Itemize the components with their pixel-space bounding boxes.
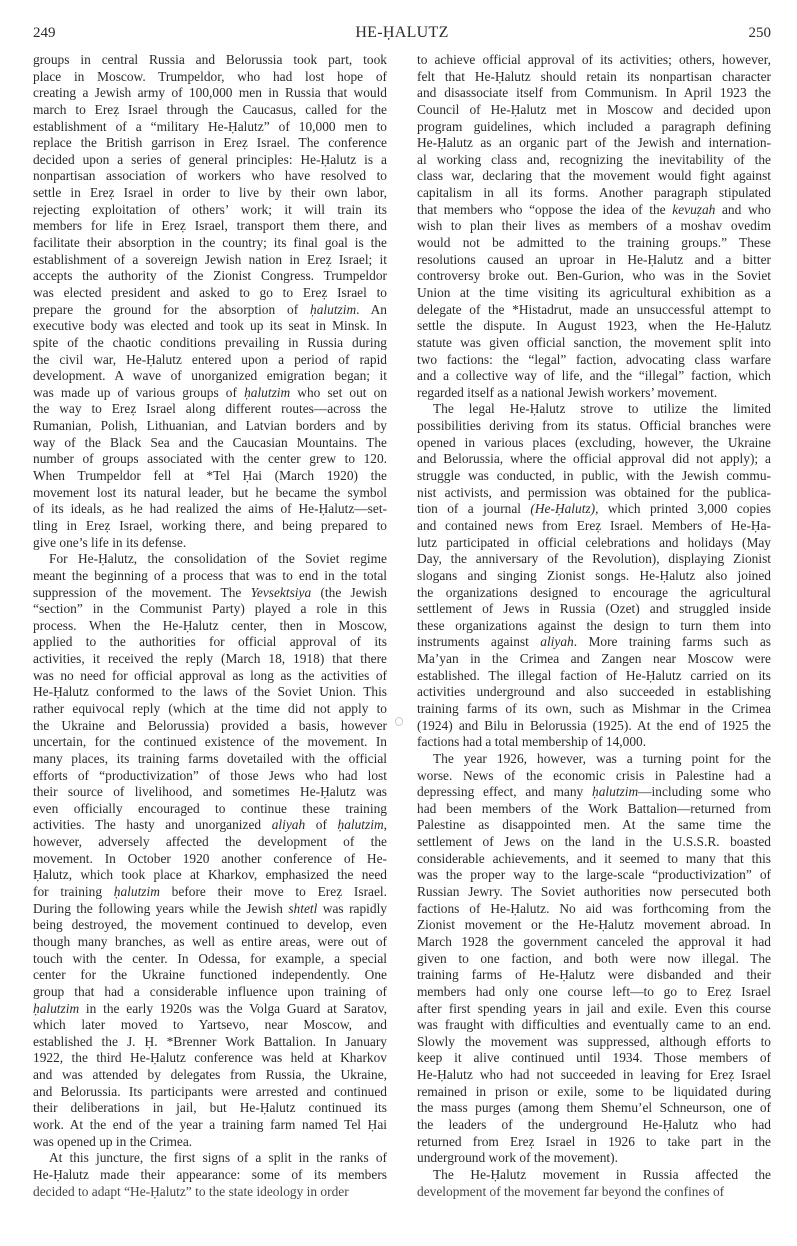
text-line: instruments against aliyah. More trainin…	[417, 634, 771, 651]
text-run: The He-Ḥalutz movement in Russia affecte…	[433, 1167, 771, 1182]
text-run: tling in Ereẓ Israel, working there, and…	[33, 518, 387, 533]
text-run: the organizations designed to encourage …	[417, 585, 771, 600]
text-run: “section” in the Communist Party) played…	[33, 601, 387, 616]
text-run: many places, its training farms dovetail…	[33, 751, 387, 766]
text-run: of	[305, 817, 337, 832]
text-line: number of groups associated with the cen…	[33, 451, 387, 468]
text-run: was rapidly	[317, 901, 387, 916]
text-line: felt that He-Ḥalutz should retain its no…	[417, 69, 771, 86]
text-line: Ma’yan in the Crimea and Zangen near Mos…	[417, 651, 771, 668]
text-run: During the following years while the Jew…	[33, 901, 288, 916]
text-line: way of the Black Sea and the Caucasian M…	[33, 435, 387, 452]
text-line: the way to Ereẓ Israel along different r…	[33, 401, 387, 418]
text-line: the mass purges (among them Shemu’el Sch…	[417, 1100, 771, 1117]
text-run: nist activists, and permission was obtai…	[417, 485, 771, 500]
text-line: training farms of He-Ḥalutz were disband…	[417, 967, 771, 984]
italic-term: Yevsektsiya	[251, 585, 312, 600]
text-run: process. When the He-Ḥalutz center, then…	[33, 618, 387, 633]
text-run: and contained news from Ereẓ Israel. Mem…	[417, 518, 771, 533]
text-line: and a collective way of life, and the “i…	[417, 368, 771, 385]
text-run: however, adversely affected the developm…	[33, 834, 387, 849]
text-line: movement. In October 1920 another confer…	[33, 851, 387, 868]
paragraph-first-line: The year 1926, however, was a turning po…	[417, 751, 771, 768]
text-run: class war, declaring that the movement w…	[417, 168, 771, 183]
text-line: Council of He-Ḥalutz met in Moscow and d…	[417, 102, 771, 119]
text-line: activities underground and also succeede…	[417, 684, 771, 701]
text-run: to achieve official approval of its acti…	[417, 52, 771, 67]
text-line: creating a Jewish army of 100,000 men in…	[33, 85, 387, 102]
text-line: rather equivocal reply (which at the tim…	[33, 701, 387, 718]
text-line: was fraught with difficulties and eventu…	[417, 1017, 771, 1034]
text-run: was the proper way to the large-scale “p…	[417, 867, 771, 882]
text-run: establishment of a “military He-Ḥalutz” …	[33, 119, 387, 134]
text-line: Zionist movement or the He-Ḥalutz moveme…	[417, 917, 771, 934]
text-line: He-Ḥalutz as an organic part of the Jewi…	[417, 135, 771, 152]
text-line: however, adversely affected the developm…	[33, 834, 387, 851]
text-line: establishment of a “military He-Ḥalutz” …	[33, 119, 387, 136]
text-run: applied to the authorities for official …	[33, 634, 387, 649]
text-run: even officially encouraged to continue t…	[33, 801, 387, 816]
text-line: activities. The hasty and unorganized al…	[33, 817, 387, 834]
text-run: the civil war, He-Ḥalutz entered upon a …	[33, 352, 387, 367]
text-run: group that had a considerable influence …	[33, 984, 387, 999]
text-line: to achieve official approval of its acti…	[417, 52, 771, 69]
text-line: process. When the He-Ḥalutz center, then…	[33, 618, 387, 635]
text-run: March 1928 the government canceled the a…	[417, 934, 771, 949]
text-line: considerable achievements, and it seemed…	[417, 851, 771, 868]
text-run: in the early 1920s was the Volga Guard a…	[79, 1001, 387, 1016]
text-run: that members who “oppose the idea of the	[417, 202, 672, 217]
text-line: uncertain, for the continued existence o…	[33, 734, 387, 751]
text-line: returned from Ereẓ Israel in 1926 to tak…	[417, 1134, 771, 1151]
text-run: Palestine as disappointed men. At the sa…	[417, 817, 771, 832]
text-run: settle the dispute. In August 1923, when…	[417, 318, 771, 333]
italic-term: shtetl	[288, 901, 317, 916]
text-line: resolutions caused an uproar in He-Ḥalut…	[417, 252, 771, 269]
text-line: tling in Ereẓ Israel, working there, and…	[33, 518, 387, 535]
text-line: worse. News of the economic crisis in Pa…	[417, 768, 771, 785]
text-line: executive body was elected and took up i…	[33, 318, 387, 335]
text-run: nonpartisan association of workers who h…	[33, 168, 387, 183]
text-line: Union at the time visiting its agricultu…	[417, 285, 771, 302]
italic-term: ḥalutzim	[114, 884, 160, 899]
text-line: members had only one course left—to go t…	[417, 984, 771, 1001]
text-line: possibilities deriving from its status. …	[417, 418, 771, 435]
text-run: program guidelines, which included a par…	[417, 119, 771, 134]
text-run: rejecting exploitation of others’ work; …	[33, 202, 387, 217]
text-run: and a collective way of life, and the “i…	[417, 368, 771, 383]
text-line: Ḥalutz, which took place at Kharkov, emp…	[33, 867, 387, 884]
text-run: statute was given official sanction, the…	[417, 335, 771, 350]
text-run: (the Jewish	[311, 585, 387, 600]
text-line: underground work of the movement).	[417, 1150, 771, 1167]
text-line: Palestine as disappointed men. At the sa…	[417, 817, 771, 834]
text-line: and contained news from Ereẓ Israel. Mem…	[417, 518, 771, 535]
text-line: lutz participated in official celebratio…	[417, 535, 771, 552]
text-run: and disassociate itself from Communism. …	[417, 85, 771, 100]
text-line: development of the movement far beyond t…	[417, 1184, 771, 1201]
text-run: the leaders of the underground He-Ḥalutz…	[417, 1117, 771, 1132]
text-run: prepare the ground for the absorption of	[33, 302, 310, 317]
text-line: the civil war, He-Ḥalutz entered upon a …	[33, 352, 387, 369]
text-line: members for life in Ereẓ Israel, transpo…	[33, 218, 387, 235]
text-line: though many branches, as well as entire …	[33, 934, 387, 951]
text-run: instruments against	[417, 634, 540, 649]
text-line: the Ukraine and Belorussia) provided a b…	[33, 718, 387, 735]
text-line: rejecting exploitation of others’ work; …	[33, 202, 387, 219]
text-line: group that had a considerable influence …	[33, 984, 387, 1001]
text-run: , which printed 3,000 copies	[595, 501, 771, 516]
text-run: suppression of the movement. The	[33, 585, 251, 600]
text-run: movement lost its natural leader, but he…	[33, 485, 387, 500]
text-run: accepts the authority of the Zionist Con…	[33, 268, 387, 283]
text-line: keep it alive continued until 1934. Thos…	[417, 1050, 771, 1067]
text-line: was the proper way to the large-scale “p…	[417, 867, 771, 884]
text-run: way of the Black Sea and the Caucasian M…	[33, 435, 387, 450]
text-line: When Trumpeldor fell at *Tel Ḥai (March …	[33, 468, 387, 485]
text-line: being destroyed, the movement continued …	[33, 917, 387, 934]
italic-term: kevuẓah	[672, 202, 715, 217]
text-run: movement. In October 1920 another confer…	[33, 851, 387, 866]
text-line: decided to adapt “He-Ḥalutz” to the stat…	[33, 1184, 387, 1201]
text-run: was opened up in the Crimea.	[33, 1134, 192, 1149]
text-line: march to Ereẓ Israel through the Caucasu…	[33, 102, 387, 119]
text-run: the mass purges (among them Shemu’el Sch…	[417, 1100, 771, 1115]
running-head: 249 HE-ḤALUTZ 250	[33, 22, 771, 44]
text-line: Rumanian, Polish, Lithuanian, and Latvia…	[33, 418, 387, 435]
text-line: and disassociate itself from Communism. …	[417, 85, 771, 102]
text-run: decided upon a series of general princip…	[33, 152, 387, 167]
text-line: and was attended by delegates from Russi…	[33, 1067, 387, 1084]
text-line: meant the beginning of a process that wa…	[33, 568, 387, 585]
text-run: rather equivocal reply (which at the tim…	[33, 701, 387, 716]
text-line: He-Ḥalutz made their appearance: some of…	[33, 1167, 387, 1184]
text-run: for training	[33, 884, 114, 899]
text-run: touch with the center. In Odessa, for ex…	[33, 951, 387, 966]
text-line: two factions: the “legal” faction, advoc…	[417, 352, 771, 369]
text-line: after first spending years in jail and e…	[417, 1001, 771, 1018]
text-run: factions of He-Ḥalutz. No aid was forthc…	[417, 901, 771, 916]
text-run: establishment of a sovereign Jewish nati…	[33, 252, 387, 267]
italic-term: (He-Ḥalutz)	[530, 501, 595, 516]
text-line: al working class and, recognizing the in…	[417, 152, 771, 169]
text-line: applied to the authorities for official …	[33, 634, 387, 651]
text-line: prepare the ground for the absorption of…	[33, 302, 387, 319]
text-run: efforts of “productivization” of those J…	[33, 768, 387, 783]
text-line: settle in Ereẓ Israel in order to live b…	[33, 185, 387, 202]
page-number-right: 250	[749, 22, 772, 44]
text-line: factions had a total membership of 14,00…	[417, 734, 771, 751]
text-run: of its ideals, as he had realized the ai…	[33, 501, 387, 516]
text-run: after first spending years in jail and e…	[417, 1001, 771, 1016]
text-run: was no need for official approval as lon…	[33, 668, 387, 683]
text-line: of its ideals, as he had realized the ai…	[33, 501, 387, 518]
text-line: ḥalutzim in the early 1920s was the Volg…	[33, 1001, 387, 1018]
text-run: considerable achievements, and it seemed…	[417, 851, 771, 866]
text-run: Zionist movement or the He-Ḥalutz moveme…	[417, 917, 771, 932]
text-run: ,	[384, 817, 387, 832]
text-line: efforts of “productivization” of those J…	[33, 768, 387, 785]
text-line: give one’s life in its defense.	[33, 535, 387, 552]
right-text-column: to achieve official approval of its acti…	[417, 52, 771, 1200]
text-run: capitalism in all its forms. Another par…	[417, 185, 771, 200]
text-run: factions had a total membership of 14,00…	[417, 734, 646, 749]
text-line: delegate of the *Histadrut, made an unsu…	[417, 302, 771, 319]
text-run: struggle was conducted, in public, with …	[417, 468, 771, 483]
text-line: suppression of the movement. The Yevsekt…	[33, 585, 387, 602]
text-run: He-Ḥalutz made their appearance: some of…	[33, 1167, 387, 1182]
text-line: establishment of a sovereign Jewish nati…	[33, 252, 387, 269]
text-line: He-Ḥalutz who had not succeeded in leavi…	[417, 1067, 771, 1084]
text-line: accepts the authority of the Zionist Con…	[33, 268, 387, 285]
text-run: remained in prison or exile, some to be …	[417, 1084, 771, 1099]
text-run: given to one faction, and both were now …	[417, 951, 771, 966]
text-line: that members who “oppose the idea of the…	[417, 202, 771, 219]
text-line: which later moved to Yartsevo, near Mosc…	[33, 1017, 387, 1034]
scan-artifact-mark	[395, 717, 403, 726]
text-run: training farms of its own, such as Mishm…	[417, 701, 771, 716]
text-line: class war, declaring that the movement w…	[417, 168, 771, 185]
text-run: The legal He-Ḥalutz strove to utilize th…	[433, 401, 771, 416]
text-run: . More training farms such as	[574, 634, 771, 649]
text-run: Union at the time visiting its agricultu…	[417, 285, 771, 300]
text-run: The year 1926, however, was a turning po…	[433, 751, 771, 766]
text-line: spite of the chaotic conditions prevaili…	[33, 335, 387, 352]
text-line: place in Moscow. Trumpeldor, who had los…	[33, 69, 387, 86]
text-line: factions of He-Ḥalutz. No aid was forthc…	[417, 901, 771, 918]
text-run: activities. The hasty and unorganized	[33, 817, 272, 832]
paragraph-first-line: For He-Ḥalutz, the consolidation of the …	[33, 551, 387, 568]
text-line: wish to plan their lives as members of a…	[417, 218, 771, 235]
text-line: facilitate their absorption in the count…	[33, 235, 387, 252]
text-line: these organizations against the design t…	[417, 618, 771, 635]
italic-term: ḥalutzim	[310, 302, 356, 317]
text-run: settlement of Jews on the land in the U.…	[417, 834, 771, 849]
text-run: place in Moscow. Trumpeldor, who had los…	[33, 69, 387, 84]
text-run: march to Ereẓ Israel through the Caucasu…	[33, 102, 387, 117]
text-run: returned from Ereẓ Israel in 1926 to tak…	[417, 1134, 771, 1149]
text-line: Russian Jewry. The Soviet authorities no…	[417, 884, 771, 901]
text-line: opened in various places (excluding, how…	[417, 435, 771, 452]
text-line: many places, its training farms dovetail…	[33, 751, 387, 768]
text-line: and Belorussia. Its participants were ar…	[33, 1084, 387, 1101]
text-run: number of groups associated with the cen…	[33, 451, 387, 466]
text-run: facilitate their absorption in the count…	[33, 235, 387, 250]
text-line: touch with the center. In Odessa, for ex…	[33, 951, 387, 968]
text-run: and who	[715, 202, 771, 217]
text-run: He-Ḥalutz as an organic part of the Jewi…	[417, 135, 771, 150]
text-line: replace the British garrison in Ereẓ Isr…	[33, 135, 387, 152]
text-line: statute was given official sanction, the…	[417, 335, 771, 352]
text-line: activities, it received the reply (March…	[33, 651, 387, 668]
text-run: and was attended by delegates from Russi…	[33, 1067, 387, 1082]
text-run: members for life in Ereẓ Israel, transpo…	[33, 218, 387, 233]
text-line: for training ḥalutzim before their move …	[33, 884, 387, 901]
text-line: tion of a journal (He-Ḥalutz), which pri…	[417, 501, 771, 518]
text-line: “section” in the Communist Party) played…	[33, 601, 387, 618]
text-line: the organizations designed to encourage …	[417, 585, 771, 602]
text-run: before their move to Ereẓ Israel.	[160, 884, 387, 899]
text-run: who set out on	[290, 385, 387, 400]
text-run: possibilities deriving from its status. …	[417, 418, 771, 433]
text-line: given to one faction, and both were now …	[417, 951, 771, 968]
text-run: and Belorussia, where the official appro…	[417, 451, 771, 466]
text-run: lutz participated in official celebratio…	[417, 535, 771, 550]
text-line: settlement of Jews on the land in the U.…	[417, 834, 771, 851]
text-run: depressing effect, and many	[417, 784, 592, 799]
text-run: work. At the end of the year a training …	[33, 1117, 387, 1132]
italic-term: aliyah	[272, 817, 305, 832]
text-line: nonpartisan association of workers who h…	[33, 168, 387, 185]
text-run: underground work of the movement).	[417, 1150, 618, 1165]
text-line: their source of livelihood, and sometime…	[33, 784, 387, 801]
text-line: and Belorussia, where the official appro…	[417, 451, 771, 468]
text-line: settlement of Jews in Russia (Ozet) and …	[417, 601, 771, 618]
italic-term: ḥalutzim	[592, 784, 638, 799]
text-run: settlement of Jews in Russia (Ozet) and …	[417, 601, 771, 616]
text-run: members had only one course left—to go t…	[417, 984, 771, 999]
text-line: decided upon a series of general princip…	[33, 152, 387, 169]
text-line: groups in central Russia and Belorussia …	[33, 52, 387, 69]
text-run: their source of livelihood, and sometime…	[33, 784, 387, 799]
text-run: would not be admitted to the training gr…	[417, 235, 771, 250]
text-run: At this juncture, the first signs of a s…	[49, 1150, 387, 1165]
text-run: executive body was elected and took up i…	[33, 318, 387, 333]
text-run: al working class and, recognizing the in…	[417, 152, 771, 167]
text-line: had been members of the Work Battalion—r…	[417, 801, 771, 818]
text-run: was made up of various groups of	[33, 385, 244, 400]
text-run: creating a Jewish army of 100,000 men in…	[33, 85, 387, 100]
text-line: would not be admitted to the training gr…	[417, 235, 771, 252]
text-line: remained in prison or exile, some to be …	[417, 1084, 771, 1101]
text-line: was no need for official approval as lon…	[33, 668, 387, 685]
text-run: groups in central Russia and Belorussia …	[33, 52, 387, 67]
text-line: Day, the anniversary of the Revolution),…	[417, 551, 771, 568]
text-line: regarded itself as a national Jewish wor…	[417, 385, 771, 402]
italic-term: ḥalutzim	[338, 817, 384, 832]
text-run: and Belorussia. Its participants were ar…	[33, 1084, 387, 1099]
text-run: the way to Ereẓ Israel along different r…	[33, 401, 387, 416]
text-run: activities, it received the reply (March…	[33, 651, 387, 666]
text-run: delegate of the *Histadrut, made an unsu…	[417, 302, 771, 317]
text-run: these organizations against the design t…	[417, 618, 771, 633]
text-line: (1924) and Bilu in Belorussia (1925). At…	[417, 718, 771, 735]
text-line: training farms of its own, such as Mishm…	[417, 701, 771, 718]
text-line: was elected president and asked to go to…	[33, 285, 387, 302]
text-run: Ma’yan in the Crimea and Zangen near Mos…	[417, 651, 771, 666]
text-run: two factions: the “legal” faction, advoc…	[417, 352, 771, 367]
text-run: though many branches, as well as entire …	[33, 934, 387, 949]
italic-term: ḥalutzim	[33, 1001, 79, 1016]
text-line: their deliberations in jail, but He-Ḥalu…	[33, 1100, 387, 1117]
text-run: felt that He-Ḥalutz should retain its no…	[417, 69, 771, 84]
text-run: keep it alive continued until 1934. Thos…	[417, 1050, 771, 1065]
text-line: development. A wave of unorganized emigr…	[33, 368, 387, 385]
text-run: was elected president and asked to go to…	[33, 285, 387, 300]
text-line: 1922, the third He-Ḥalutz conference was…	[33, 1050, 387, 1067]
text-run: Ḥalutz, which took place at Kharkov, emp…	[33, 867, 387, 882]
text-line: nist activists, and permission was obtai…	[417, 485, 771, 502]
text-line: He-Ḥalutz conformed to the laws of the S…	[33, 684, 387, 701]
text-run: worse. News of the economic crisis in Pa…	[417, 768, 771, 783]
text-run: Slowly the movement was suppressed, alth…	[417, 1034, 771, 1049]
text-line: established. The illegal faction of He-Ḥ…	[417, 668, 771, 685]
text-line: Slowly the movement was suppressed, alth…	[417, 1034, 771, 1051]
text-run: meant the beginning of a process that wa…	[33, 568, 387, 583]
article-title: HE-ḤALUTZ	[33, 22, 771, 44]
italic-term: ḥalutzim	[244, 385, 290, 400]
text-run: controversy broke out. Ben-Gurion, who w…	[417, 268, 771, 283]
paragraph-first-line: At this juncture, the first signs of a s…	[33, 1150, 387, 1167]
text-run: He-Ḥalutz conformed to the laws of the S…	[33, 684, 387, 699]
text-run: center for the Ukraine functioned indepe…	[33, 967, 387, 982]
text-run: the Ukraine and Belorussia) provided a b…	[33, 718, 387, 733]
text-run: —including some who	[638, 784, 771, 799]
text-run: was fraught with difficulties and eventu…	[417, 1017, 771, 1032]
text-run: For He-Ḥalutz, the consolidation of the …	[49, 551, 387, 566]
text-line: struggle was conducted, in public, with …	[417, 468, 771, 485]
paragraph-first-line: The legal He-Ḥalutz strove to utilize th…	[417, 401, 771, 418]
text-run: . An	[356, 302, 387, 317]
text-run: development. A wave of unorganized emigr…	[33, 368, 387, 383]
text-run: regarded itself as a national Jewish wor…	[417, 385, 717, 400]
text-line: During the following years while the Jew…	[33, 901, 387, 918]
text-run: He-Ḥalutz who had not succeeded in leavi…	[417, 1067, 771, 1082]
text-line: capitalism in all its forms. Another par…	[417, 185, 771, 202]
text-run: resolutions caused an uproar in He-Ḥalut…	[417, 252, 771, 267]
text-line: depressing effect, and many ḥalutzim—inc…	[417, 784, 771, 801]
text-run: established the J. Ḥ. *Brenner Work Batt…	[33, 1034, 387, 1049]
text-run: wish to plan their lives as members of a…	[417, 218, 771, 233]
text-line: slogans and singing Zionist songs. He-Ḥa…	[417, 568, 771, 585]
text-run: Day, the anniversary of the Revolution),…	[417, 551, 771, 566]
text-line: was opened up in the Crimea.	[33, 1134, 387, 1151]
text-run: Council of He-Ḥalutz met in Moscow and d…	[417, 102, 771, 117]
paragraph-first-line: The He-Ḥalutz movement in Russia affecte…	[417, 1167, 771, 1184]
text-line: program guidelines, which included a par…	[417, 119, 771, 136]
text-run: (1924) and Bilu in Belorussia (1925). At…	[417, 718, 771, 733]
text-run: opened in various places (excluding, how…	[417, 435, 771, 450]
text-line: center for the Ukraine functioned indepe…	[33, 967, 387, 984]
text-line: settle the dispute. In August 1923, when…	[417, 318, 771, 335]
text-line: movement lost its natural leader, but he…	[33, 485, 387, 502]
text-run: Rumanian, Polish, Lithuanian, and Latvia…	[33, 418, 387, 433]
text-run: 1922, the third He-Ḥalutz conference was…	[33, 1050, 387, 1065]
document-page: 249 HE-ḤALUTZ 250 groups in central Russ…	[0, 0, 797, 1246]
text-run: When Trumpeldor fell at *Tel Ḥai (March …	[33, 468, 387, 483]
text-run: training farms of He-Ḥalutz were disband…	[417, 967, 771, 982]
text-run: tion of a journal	[417, 501, 530, 516]
text-run: settle in Ereẓ Israel in order to live b…	[33, 185, 387, 200]
text-run: decided to adapt “He-Ḥalutz” to the stat…	[33, 1184, 349, 1199]
text-run: being destroyed, the movement continued …	[33, 917, 387, 932]
left-text-column: groups in central Russia and Belorussia …	[33, 52, 387, 1200]
text-run: slogans and singing Zionist songs. He-Ḥa…	[417, 568, 771, 583]
text-run: give one’s life in its defense.	[33, 535, 186, 550]
italic-term: aliyah	[540, 634, 573, 649]
text-run: uncertain, for the continued existence o…	[33, 734, 387, 749]
text-run: their deliberations in jail, but He-Ḥalu…	[33, 1100, 387, 1115]
text-line: established the J. Ḥ. *Brenner Work Batt…	[33, 1034, 387, 1051]
text-run: had been members of the Work Battalion—r…	[417, 801, 771, 816]
text-line: the leaders of the underground He-Ḥalutz…	[417, 1117, 771, 1134]
text-run: development of the movement far beyond t…	[417, 1184, 724, 1199]
text-run: Russian Jewry. The Soviet authorities no…	[417, 884, 771, 899]
text-run: established. The illegal faction of He-Ḥ…	[417, 668, 771, 683]
text-run: spite of the chaotic conditions prevaili…	[33, 335, 387, 350]
text-run: activities underground and also succeede…	[417, 684, 771, 699]
text-run: which later moved to Yartsevo, near Mosc…	[33, 1017, 387, 1032]
